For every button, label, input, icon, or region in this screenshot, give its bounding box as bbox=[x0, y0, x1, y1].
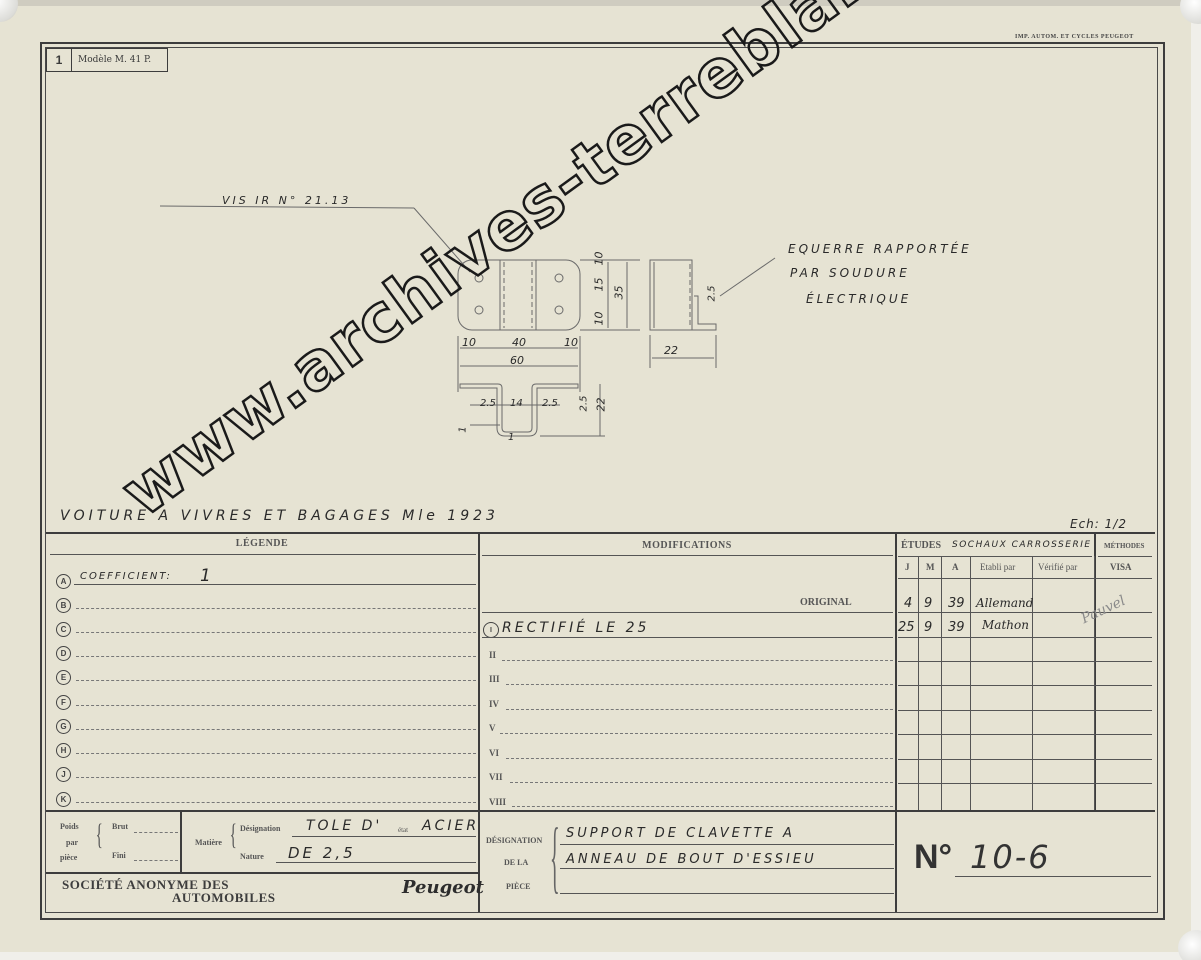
piece-line1: SUPPORT DE CLAVETTE A bbox=[566, 826, 795, 841]
company-line2: AUTOMOBILES bbox=[172, 890, 276, 906]
legende-line-k[interactable] bbox=[76, 802, 476, 803]
matiere-label: Matière bbox=[195, 838, 222, 847]
divider-legende-modifs bbox=[478, 532, 480, 912]
piece-rule3 bbox=[560, 893, 894, 894]
etudes-row1-a: 39 bbox=[948, 596, 965, 611]
etudes-row2-etabli: Mathon bbox=[982, 618, 1029, 632]
etudes-col-rule bbox=[898, 578, 1152, 579]
legende-line-e[interactable] bbox=[76, 680, 476, 681]
dim-v-bottom: 10 bbox=[593, 312, 606, 326]
piece-brace: { bbox=[550, 812, 560, 903]
etudes-col-divider bbox=[1032, 556, 1033, 810]
legende-letter-b: B bbox=[56, 598, 71, 613]
etudes-row1-m: 9 bbox=[924, 596, 932, 611]
legende-line-f[interactable] bbox=[76, 705, 476, 706]
dim-left-margin: 10 bbox=[462, 336, 476, 349]
legende-letter-f: F bbox=[56, 695, 71, 710]
part-number: 10-6 bbox=[970, 838, 1051, 876]
modif-num-vii: VII bbox=[489, 772, 503, 782]
modif-num-iv: IV bbox=[489, 699, 499, 709]
scale-label: Ech: 1/2 bbox=[1070, 517, 1127, 531]
legende-letter-e: E bbox=[56, 670, 71, 685]
modif-num-v: V bbox=[489, 723, 496, 733]
number-rule bbox=[955, 876, 1151, 877]
dim-profile-center: 14 bbox=[510, 398, 523, 409]
etudes-col-divider bbox=[918, 556, 919, 810]
dim-profile-radius: 1 bbox=[508, 432, 514, 443]
brut-field[interactable] bbox=[134, 832, 178, 833]
methodes-header: MÉTHODES bbox=[1104, 542, 1144, 550]
legende-line-d[interactable] bbox=[76, 656, 476, 657]
modif-line-v[interactable] bbox=[500, 733, 893, 734]
nature-label: Nature bbox=[240, 852, 264, 861]
etudes-header-hand: SOCHAUX CARROSSERIE bbox=[952, 540, 1092, 550]
lower-section-border bbox=[46, 810, 1155, 812]
modif-num-i: I bbox=[483, 622, 499, 638]
dim-total-width: 60 bbox=[510, 354, 524, 367]
legende-line-h[interactable] bbox=[76, 753, 476, 754]
number-prefix: N° bbox=[914, 838, 952, 877]
modifications-header: MODIFICATIONS bbox=[480, 540, 894, 551]
piece-line2: ANNEAU DE BOUT D'ESSIEU bbox=[566, 852, 817, 867]
legende-line-b[interactable] bbox=[76, 608, 476, 609]
legende-letter-d: D bbox=[56, 646, 71, 661]
dim-profile-height: 22 bbox=[595, 398, 608, 412]
titleblock-top-border bbox=[46, 532, 1155, 534]
etudes-row-rule bbox=[898, 661, 1152, 662]
bracket-callout-line1: EQUERRE RAPPORTÉE bbox=[788, 242, 972, 256]
col-j: J bbox=[905, 562, 910, 572]
etudes-row2-j: 25 bbox=[898, 620, 915, 635]
bracket-callout-line2: PAR SOUDURE bbox=[790, 266, 910, 280]
etudes-row-rule bbox=[898, 637, 1152, 638]
etudes-row-rule bbox=[898, 759, 1152, 760]
etat-value: ACIER bbox=[422, 818, 479, 834]
modif-line-vii[interactable] bbox=[510, 782, 893, 783]
modif-num-vi: VI bbox=[489, 748, 499, 758]
legende-line-j[interactable] bbox=[76, 777, 476, 778]
dim-height: 35 bbox=[613, 286, 626, 300]
poids-label-1: Poids bbox=[60, 822, 79, 831]
modif-num-iii: III bbox=[489, 674, 500, 684]
dim-side-thickness: 2.5 bbox=[706, 286, 717, 302]
piece-label-2: DE LA bbox=[504, 858, 528, 867]
methodes-header-rule bbox=[1098, 556, 1152, 557]
modif-line-vi[interactable] bbox=[506, 758, 893, 759]
legende-letter-k: K bbox=[56, 792, 71, 807]
vehicle-title: VOITURE A VIVRES ET BAGAGES Mle 1923 bbox=[60, 508, 499, 524]
modif-text-i: RECTIFIÉ LE 25 bbox=[502, 620, 649, 636]
legende-line-g[interactable] bbox=[76, 729, 476, 730]
modif-line-i bbox=[482, 637, 893, 638]
nature-line bbox=[276, 862, 476, 863]
legende-letter-j: J bbox=[56, 767, 71, 782]
col-etabli: Etabli par bbox=[980, 562, 1015, 572]
piece-rule2 bbox=[560, 868, 894, 869]
designation-label: Désignation bbox=[240, 824, 280, 833]
modifications-header-rule bbox=[482, 555, 893, 556]
modif-line-viii[interactable] bbox=[512, 806, 893, 807]
dim-side-width: 22 bbox=[664, 344, 678, 357]
designation-value: TOLE D' bbox=[306, 818, 382, 834]
dim-profile-step: 2.5 bbox=[578, 396, 589, 412]
etudes-header-rule bbox=[898, 556, 1092, 557]
designation-line bbox=[292, 836, 476, 837]
original-label: ORIGINAL bbox=[800, 597, 852, 608]
weights-divider bbox=[180, 810, 182, 872]
etudes-header: ÉTUDES bbox=[901, 540, 941, 551]
modif-num-ii: II bbox=[489, 650, 496, 660]
modif-line-iv[interactable] bbox=[506, 709, 893, 710]
etudes-row-rule bbox=[898, 783, 1152, 784]
peugeot-logo: Peugeot bbox=[402, 877, 484, 898]
legende-text-a: COEFFICIENT: bbox=[80, 571, 172, 582]
legende-header-rule bbox=[50, 554, 476, 555]
etat-label: état bbox=[398, 826, 408, 834]
matiere-brace: { bbox=[230, 818, 237, 852]
legende-line-a bbox=[74, 584, 476, 585]
piece-label-1: DÉSIGNATION bbox=[486, 836, 542, 845]
col-visa: VISA bbox=[1110, 562, 1132, 572]
etudes-col-divider bbox=[941, 556, 942, 810]
dim-center-span: 40 bbox=[512, 336, 526, 349]
fini-label: Fini bbox=[112, 851, 126, 860]
modif-line-ii[interactable] bbox=[502, 660, 893, 661]
company-border bbox=[46, 872, 478, 874]
modif-line-iii[interactable] bbox=[506, 684, 893, 685]
etudes-row2-a: 39 bbox=[948, 620, 965, 635]
etudes-col-divider bbox=[1094, 556, 1095, 810]
screw-callout: VIS IR N° 21.13 bbox=[222, 194, 351, 207]
dim-v-top: 10 bbox=[593, 252, 606, 266]
col-verifie: Vérifié par bbox=[1038, 562, 1077, 572]
etudes-col-divider bbox=[970, 556, 971, 810]
etudes-row-rule bbox=[898, 685, 1152, 686]
dim-profile-right: 2.5 bbox=[542, 398, 558, 409]
etudes-row1-j: 4 bbox=[904, 596, 912, 611]
etudes-row1-etabli: Allemand bbox=[976, 596, 1033, 610]
legende-letter-c: C bbox=[56, 622, 71, 637]
piece-label-3: PIÈCE bbox=[506, 882, 530, 891]
etudes-row-rule bbox=[898, 710, 1152, 711]
dim-profile-foot: 1 bbox=[458, 426, 469, 432]
nature-value: DE 2,5 bbox=[288, 844, 356, 862]
divider-modifs-etudes bbox=[895, 532, 897, 912]
fini-field[interactable] bbox=[134, 860, 178, 861]
legende-value-a: 1 bbox=[200, 566, 214, 586]
legende-header: LÉGENDE bbox=[48, 538, 476, 549]
col-m: M bbox=[926, 562, 935, 572]
legende-letter-a: A bbox=[56, 574, 71, 589]
legende-line-c[interactable] bbox=[76, 632, 476, 633]
piece-rule1 bbox=[560, 844, 894, 845]
etudes-row-rule bbox=[898, 734, 1152, 735]
bracket-callout-line3: ÉLECTRIQUE bbox=[806, 292, 911, 306]
dim-right-margin: 10 bbox=[564, 336, 578, 349]
weights-brace: { bbox=[96, 818, 103, 852]
dim-profile-left: 2.5 bbox=[480, 398, 496, 409]
poids-label-2: par bbox=[66, 838, 78, 847]
poids-label-3: pièce bbox=[60, 853, 77, 862]
brut-label: Brut bbox=[112, 822, 128, 831]
legende-letter-h: H bbox=[56, 743, 71, 758]
original-rule bbox=[482, 612, 893, 613]
modif-num-viii: VIII bbox=[489, 797, 506, 807]
col-a: A bbox=[952, 562, 959, 572]
legende-letter-g: G bbox=[56, 719, 71, 734]
etudes-row2-m: 9 bbox=[924, 620, 932, 635]
dim-v-mid: 15 bbox=[593, 278, 606, 292]
